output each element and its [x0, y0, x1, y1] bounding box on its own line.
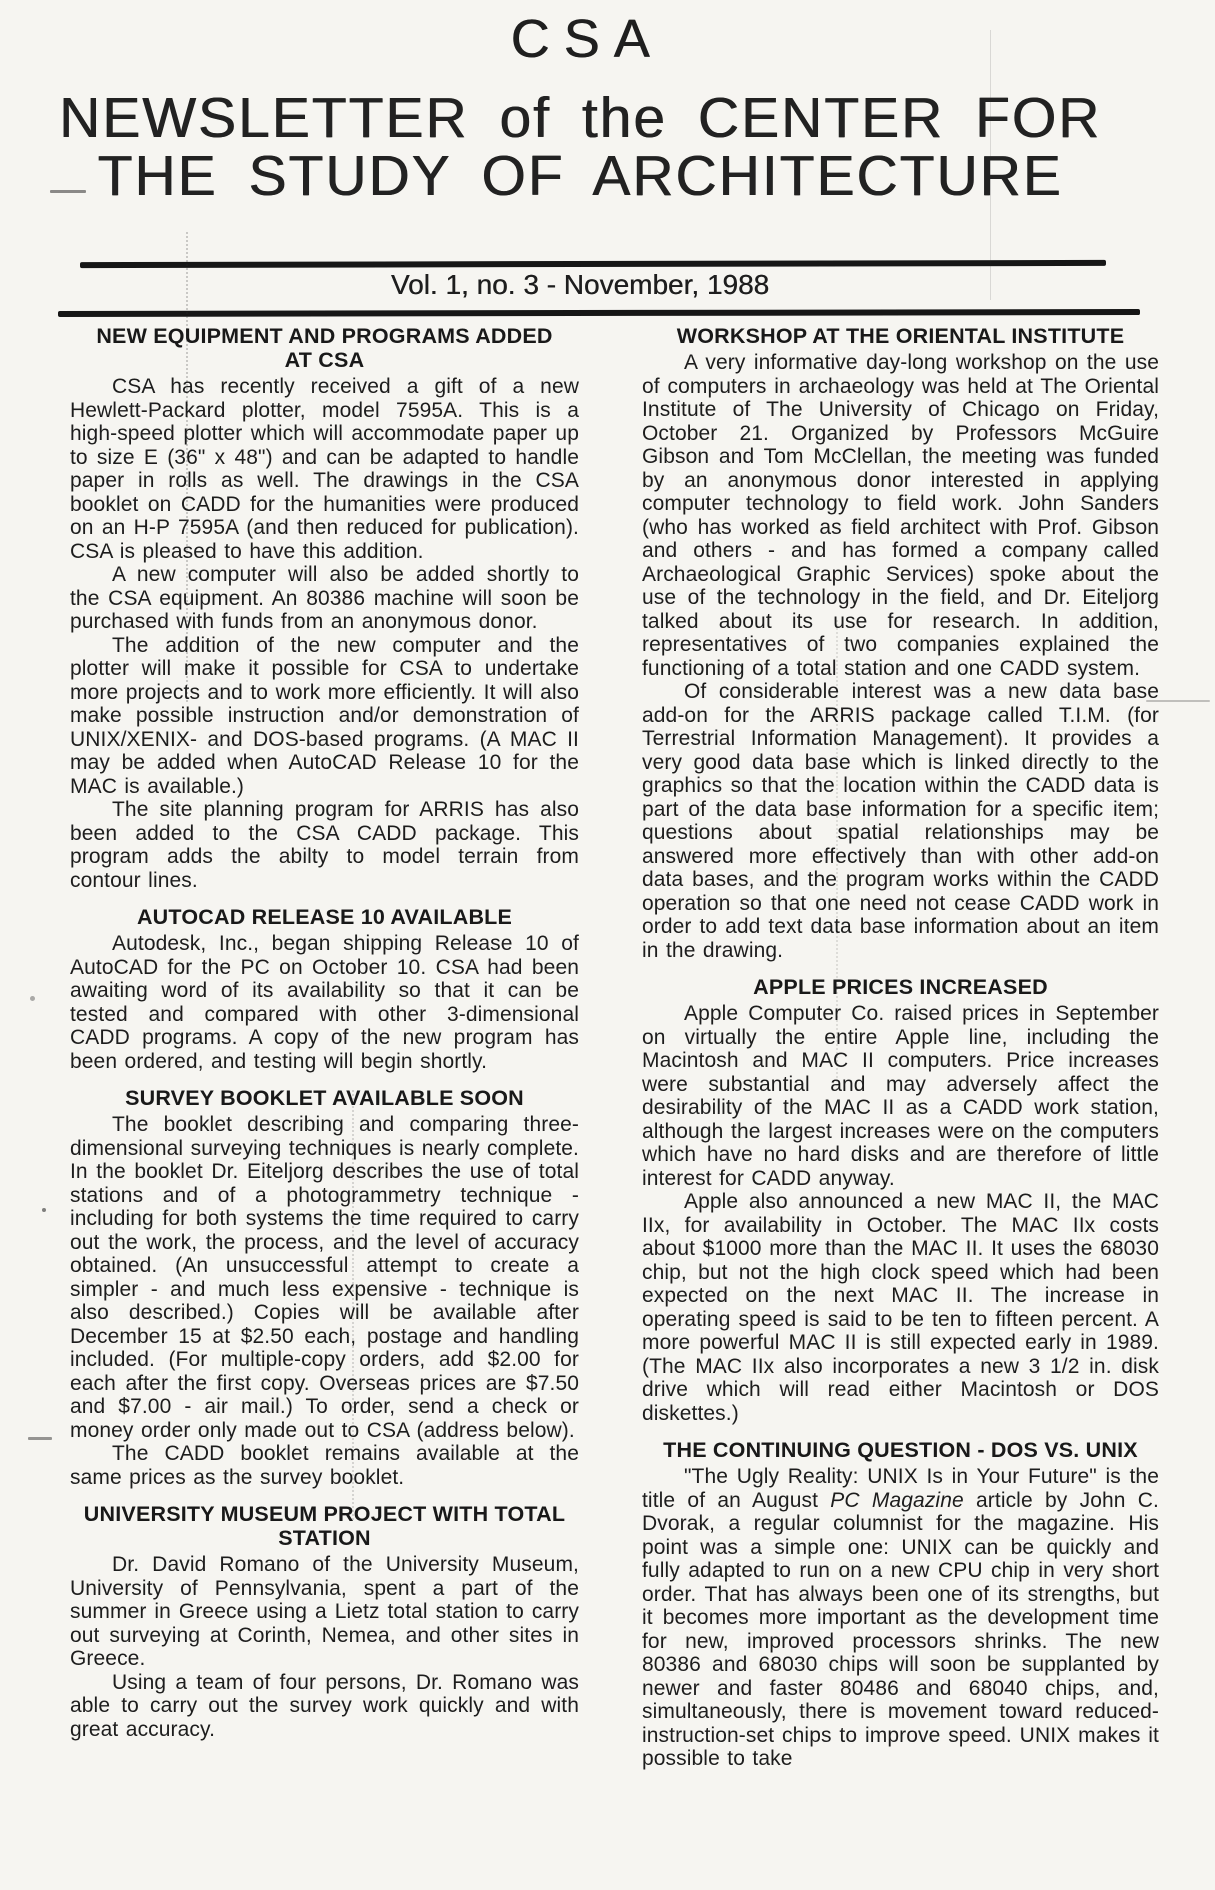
newsletter-title-line-1: NEWSLETTER of the CENTER FOR — [0, 90, 1160, 147]
scan-artifact — [30, 996, 35, 1001]
paragraph: A new computer will also be added shortl… — [70, 563, 579, 634]
paragraph: The CADD booklet remains available at th… — [70, 1442, 579, 1489]
left-column: NEW EQUIPMENT AND PROGRAMS ADDED AT CSA … — [70, 324, 579, 1741]
paragraph: "The Ugly Reality: UNIX Is in Your Futur… — [642, 1465, 1159, 1771]
section-heading-line: THE CONTINUING QUESTION - DOS VS. UNIX — [642, 1438, 1159, 1462]
article-autocad-release-10: AUTOCAD RELEASE 10 AVAILABLE Autodesk, I… — [70, 905, 579, 1073]
paragraph: Dr. David Romano of the University Museu… — [70, 1553, 579, 1671]
paragraph: Using a team of four persons, Dr. Romano… — [70, 1671, 579, 1742]
article-survey-booklet: SURVEY BOOKLET AVAILABLE SOON The bookle… — [70, 1086, 579, 1489]
section-heading: APPLE PRICES INCREASED — [642, 975, 1159, 999]
section-heading-line: AUTOCAD RELEASE 10 AVAILABLE — [70, 905, 579, 929]
article-dos-vs-unix: THE CONTINUING QUESTION - DOS VS. UNIX "… — [642, 1438, 1159, 1771]
section-heading-line: APPLE PRICES INCREASED — [642, 975, 1159, 999]
newsletter-title-line-2: THE STUDY OF ARCHITECTURE — [0, 148, 1160, 205]
paragraph: CSA has recently received a gift of a ne… — [70, 375, 579, 563]
section-heading: SURVEY BOOKLET AVAILABLE SOON — [70, 1086, 579, 1110]
article-new-equipment: NEW EQUIPMENT AND PROGRAMS ADDED AT CSA … — [70, 324, 579, 892]
paragraph-text: article by John C. Dvorak, a regular col… — [642, 1489, 1159, 1771]
article-university-museum: UNIVERSITY MUSEUM PROJECT WITH TOTAL STA… — [70, 1502, 579, 1741]
paragraph: Autodesk, Inc., began shipping Release 1… — [70, 932, 579, 1073]
section-heading: THE CONTINUING QUESTION - DOS VS. UNIX — [642, 1438, 1159, 1462]
paragraph: The booklet describing and comparing thr… — [70, 1113, 579, 1442]
paragraph: Apple also announced a new MAC II, the M… — [642, 1190, 1159, 1425]
section-heading-line: NEW EQUIPMENT AND PROGRAMS ADDED — [70, 324, 579, 348]
article-apple-prices: APPLE PRICES INCREASED Apple Computer Co… — [642, 975, 1159, 1425]
scan-artifact — [42, 1208, 46, 1212]
magazine-title: PC Magazine — [830, 1489, 963, 1512]
section-heading-line: WORKSHOP AT THE ORIENTAL INSTITUTE — [642, 324, 1159, 348]
article-oriental-institute-workshop: WORKSHOP AT THE ORIENTAL INSTITUTE A ver… — [642, 324, 1159, 962]
section-heading: WORKSHOP AT THE ORIENTAL INSTITUTE — [642, 324, 1159, 348]
issue-line: Vol. 1, no. 3 - November, 1988 — [0, 269, 1160, 301]
horizontal-rule-bottom — [58, 309, 1140, 317]
newsletter-page: CSA NEWSLETTER of the CENTER FOR THE STU… — [0, 0, 1215, 1890]
section-heading-line: UNIVERSITY MUSEUM PROJECT WITH TOTAL — [70, 1502, 579, 1526]
section-heading-line: SURVEY BOOKLET AVAILABLE SOON — [70, 1086, 579, 1110]
org-abbreviation: CSA — [0, 8, 1160, 70]
section-heading: AUTOCAD RELEASE 10 AVAILABLE — [70, 905, 579, 929]
paragraph: The addition of the new computer and the… — [70, 634, 579, 799]
section-heading-line: STATION — [70, 1526, 579, 1550]
paragraph: The site planning program for ARRIS has … — [70, 798, 579, 892]
paragraph: A very informative day-long workshop on … — [642, 351, 1159, 680]
section-heading: NEW EQUIPMENT AND PROGRAMS ADDED AT CSA — [70, 324, 579, 372]
paragraph: Of considerable interest was a new data … — [642, 680, 1159, 962]
section-heading: UNIVERSITY MUSEUM PROJECT WITH TOTAL STA… — [70, 1502, 579, 1550]
section-heading-line: AT CSA — [70, 348, 579, 372]
scan-artifact — [28, 1437, 52, 1440]
paragraph: Apple Computer Co. raised prices in Sept… — [642, 1002, 1159, 1190]
horizontal-rule-top — [80, 260, 1106, 268]
right-column: WORKSHOP AT THE ORIENTAL INSTITUTE A ver… — [642, 324, 1159, 1771]
